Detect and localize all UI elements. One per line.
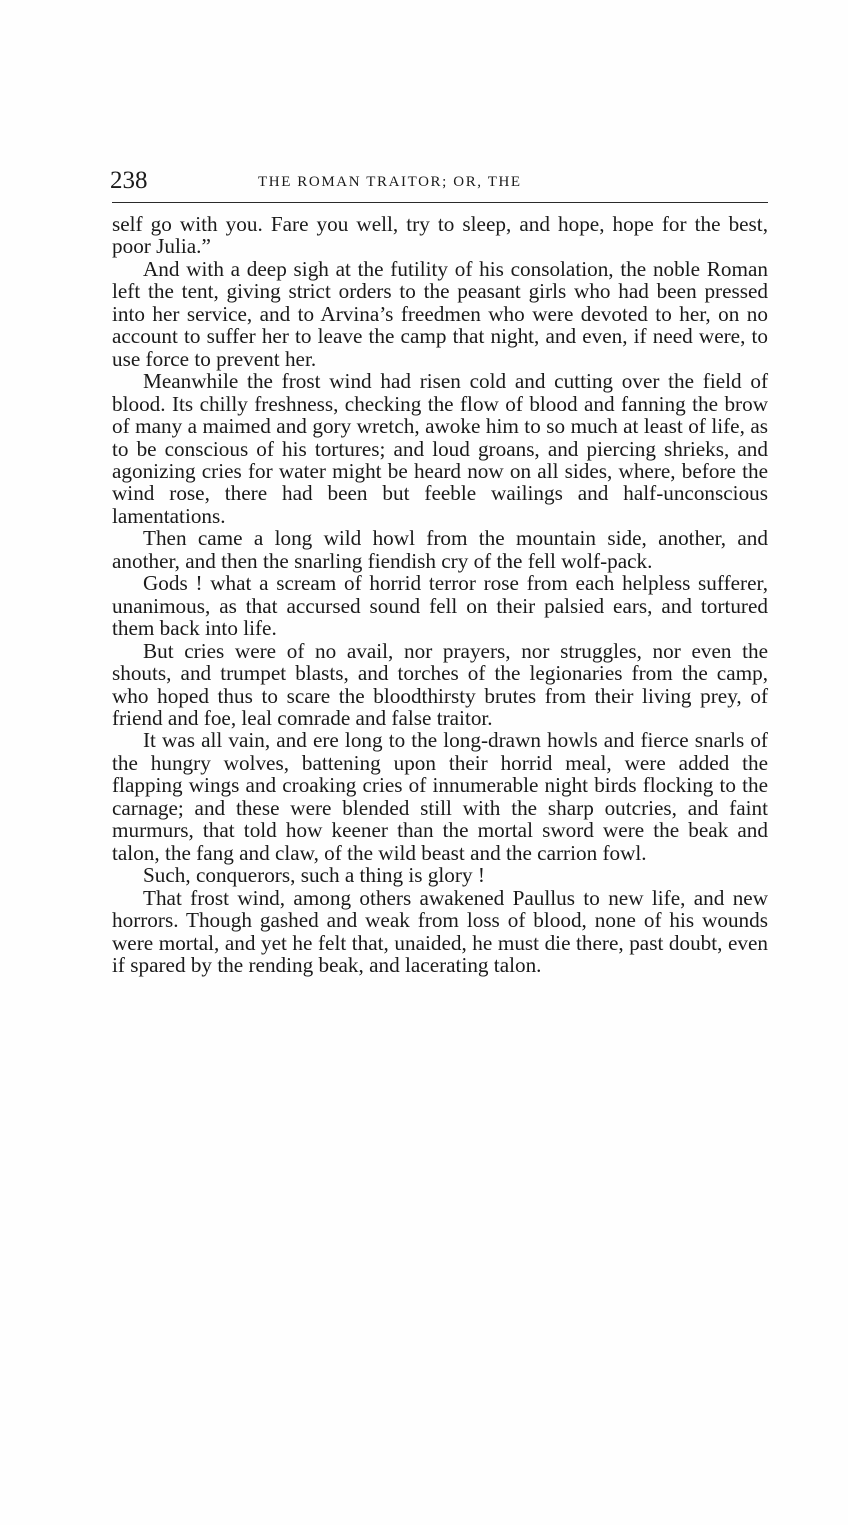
paragraph: Such, conquerors, such a thing is glory … <box>112 864 768 886</box>
page-number: 238 <box>110 166 148 196</box>
paragraph: It was all vain, and ere long to the lon… <box>112 729 768 864</box>
running-head: 238 THE ROMAN TRAITOR; OR, THE <box>110 166 768 196</box>
paragraph: That frost wind, among others awakened P… <box>112 887 768 977</box>
header-rule <box>112 202 768 203</box>
paragraph: But cries were of no avail, nor prayers,… <box>112 640 768 730</box>
paragraph: self go with you. Fare you well, try to … <box>112 213 768 258</box>
paragraph: And with a deep sigh at the futility of … <box>112 258 768 370</box>
paragraph: Gods ! what a scream of horrid terror ro… <box>112 572 768 639</box>
paragraph: Meanwhile the frost wind had risen cold … <box>112 370 768 527</box>
body-text: self go with you. Fare you well, try to … <box>112 213 768 976</box>
paragraph: Then came a long wild howl from the moun… <box>112 527 768 572</box>
book-page: 238 THE ROMAN TRAITOR; OR, THE self go w… <box>0 0 848 1525</box>
running-title: THE ROMAN TRAITOR; OR, THE <box>258 170 522 194</box>
